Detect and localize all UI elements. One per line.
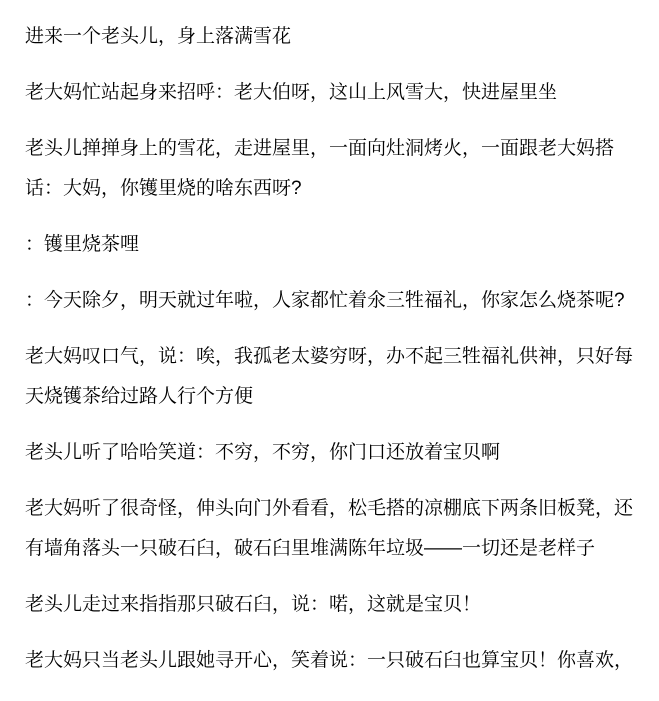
- paragraph: ：镬里烧茶哩: [25, 225, 637, 265]
- paragraph: 老大妈忙站起身来招呼：老大伯呀，这山上风雪大，快进屋里坐: [25, 73, 637, 113]
- paragraph: 老头儿走过来指指那只破石臼，说：喏，这就是宝贝！: [25, 585, 637, 625]
- paragraph: 老大妈叹口气，说：唉，我孤老太婆穷呀，办不起三牲福礼供神，只好每天烧镬茶给过路人…: [25, 337, 637, 417]
- document-page: 进来一个老头儿，身上落满雪花 老大妈忙站起身来招呼：老大伯呀，这山上风雪大，快进…: [0, 0, 659, 701]
- paragraph: 老大妈只当老头儿跟她寻开心，笑着说：一只破石臼也算宝贝！你喜欢，: [25, 641, 637, 681]
- paragraph: 老大妈听了很奇怪，伸头向门外看看，松毛搭的凉棚底下两条旧板凳，还有墙角落头一只破…: [25, 489, 637, 569]
- paragraph: 老头儿听了哈哈笑道：不穷，不穷，你门口还放着宝贝啊: [25, 433, 637, 473]
- paragraph: ：今天除夕，明天就过年啦，人家都忙着氽三牲福礼，你家怎么烧茶呢?: [25, 281, 637, 321]
- paragraph: 老头儿掸掸身上的雪花，走进屋里，一面向灶洞烤火，一面跟老大妈搭话：大妈，你镬里烧…: [25, 129, 637, 209]
- paragraph: 进来一个老头儿，身上落满雪花: [25, 17, 637, 57]
